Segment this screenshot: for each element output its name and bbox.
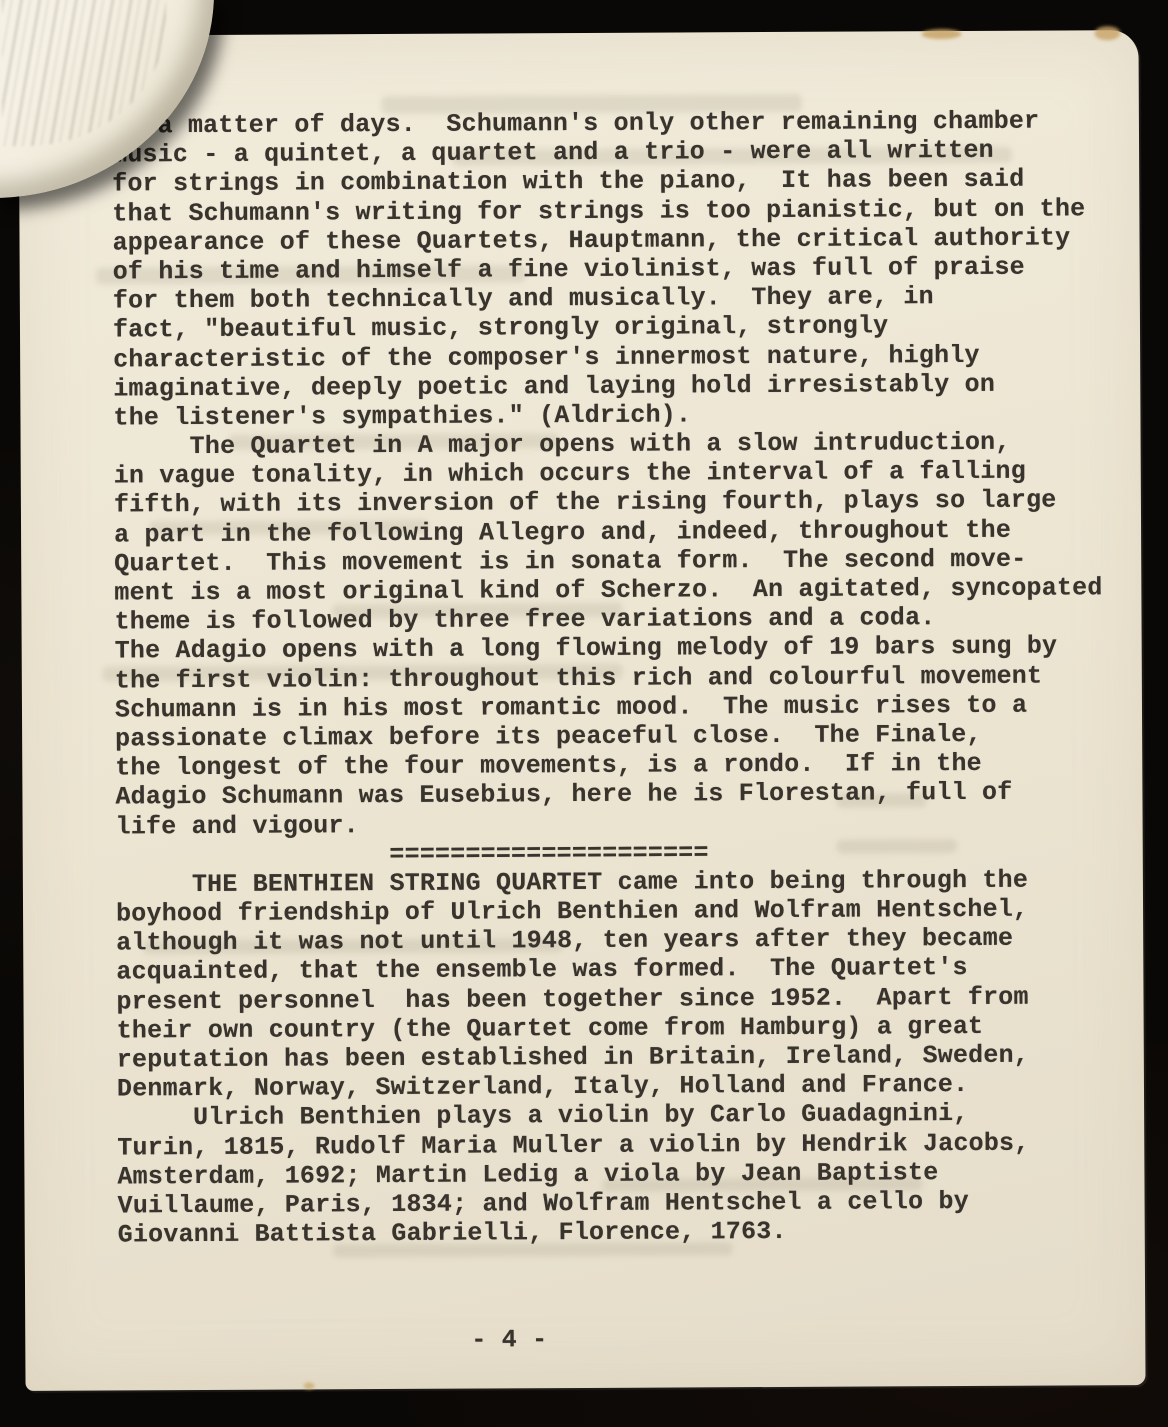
quartet-instruments-line: Giovanni Battista Gabrielli, Florence, 1… xyxy=(118,1215,1106,1249)
quartet-instruments-line: Turin, 1815, Rudolf Maria Muller a violi… xyxy=(117,1128,1105,1162)
paper-stain xyxy=(1094,26,1120,40)
document-page: in a matter of days. Schumann's only oth… xyxy=(18,30,1145,1391)
benthien-string-quartet-line: acquainted, that the ensemble was formed… xyxy=(116,953,1104,987)
quartet-instruments-line: Ulrich Benthien plays a violin by Carlo … xyxy=(117,1099,1105,1133)
quartet-in-a-major-line: The Adagio opens with a long flowing mel… xyxy=(115,632,1103,666)
paper-stain xyxy=(304,1382,315,1389)
quartet-instruments-line: Vuillaume, Paris, 1834; and Wolfram Hent… xyxy=(118,1186,1106,1220)
schumann-chamber-music-line: for strings in combination with the pian… xyxy=(112,165,1100,199)
page-number: - 4 - xyxy=(471,1325,547,1354)
schumann-chamber-music-line: of his time and himself a fine violinist… xyxy=(113,252,1101,286)
paper-stain xyxy=(921,29,961,39)
quartet-in-a-major-line: Adagio Schumann was Eusebius, here he is… xyxy=(115,778,1103,812)
quartet-in-a-major-line: ment is a most original kind of Scherzo.… xyxy=(114,573,1102,607)
scan-background: in a matter of days. Schumann's only oth… xyxy=(0,0,1168,1427)
typewritten-text: in a matter of days. Schumann's only oth… xyxy=(112,106,1106,1249)
schumann-chamber-music-line: characteristic of the composer's innermo… xyxy=(113,340,1101,374)
quartet-in-a-major-line: fifth, with its inversion of the rising … xyxy=(114,486,1102,520)
schumann-chamber-music-line: imaginative, deeply poetic and laying ho… xyxy=(113,369,1101,403)
